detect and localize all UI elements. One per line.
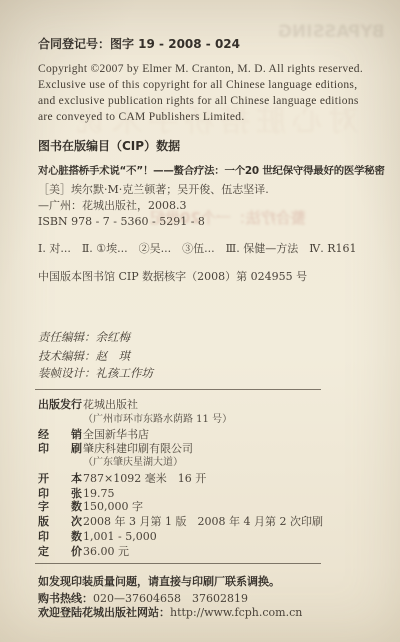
colophon-row-price: 定 价36.00 元 [38, 543, 129, 559]
cip-heading: 图书在版编目（CIP）数据 [38, 139, 180, 153]
staff-row-chief-editor: 责任编辑：余红梅 [38, 330, 130, 344]
cip-author-line: ［美］埃尔默·M·克兰顿著；吴开俊、伍志坚译. [38, 183, 269, 197]
colophon-label: 印 数 [38, 530, 83, 544]
colophon-label: 字 数 [38, 500, 83, 514]
publisher-address-note: （广州市环市东路水荫路 11 号） [83, 413, 232, 427]
copyright-line: Copyright ©2007 by Elmer M. Cranton, M. … [38, 62, 363, 76]
staff-label: 责任编辑： [38, 330, 96, 344]
colophon-label: 版 次 [38, 515, 83, 529]
colophon-label: 定 价 [38, 545, 83, 559]
colophon-label: 印 刷 [38, 442, 83, 456]
staff-label: 装帧设计： [38, 366, 96, 380]
printer-address-note: （广东肇庆星湖大道） [83, 456, 183, 470]
colophon-value: 150,000 字 [83, 500, 143, 513]
colophon-value: 787×1092 毫米 16 开 [83, 472, 206, 485]
cip-record-number-line: 中国版本图书馆 CIP 数据核字（2008）第 024955 号 [38, 270, 307, 284]
colophon-value: 肇庆科建印刷有限公司 [83, 442, 193, 455]
website-label: 欢迎登陆花城出版社网站： [38, 606, 170, 619]
contract-registration-line: 合同登记号：图字 19 - 2008 - 024 [38, 37, 240, 51]
colophon-row-printer: 印 刷肇庆科建印刷有限公司 [38, 440, 193, 456]
cip-book-title-line: 对心脏搭桥手术说“不”！——螯合疗法：一个20 世纪保守得最好的医学秘密 [38, 164, 385, 178]
colophon-row-printrun: 印 数1,001 - 5,000 [38, 528, 157, 544]
book-copyright-page: BYPASSING 对心脏搭桥手术说 螯合疗法：一个20世纪 合同登记号：图字 … [0, 0, 400, 642]
colophon-row-edition: 版 次2008 年 3 月第 1 版 2008 年 4 月第 2 次印刷 [38, 513, 323, 529]
website-url: http://www.fcph.com.cn [170, 606, 302, 619]
colophon-row-publisher: 出版发行花城出版社 [38, 396, 138, 412]
colophon-label: 开 本 [38, 472, 83, 486]
staff-label: 技术编辑： [38, 349, 96, 363]
colophon-row-wordcount: 字 数150,000 字 [38, 498, 143, 514]
colophon-row-format: 开 本787×1092 毫米 16 开 [38, 470, 206, 486]
cip-classification-line: Ⅰ. 对... Ⅱ. ①埃... ②吴... ③伍... Ⅲ. 保健—方法 Ⅳ.… [38, 242, 357, 256]
copyright-line: and exclusive publication rights for all… [38, 94, 359, 108]
staff-value: 余红梅 [96, 330, 131, 344]
colophon-label: 出版发行 [38, 398, 83, 412]
staff-value: 礼孩工作坊 [96, 366, 154, 380]
staff-value: 赵 琪 [96, 349, 131, 363]
divider-rule-top [35, 389, 321, 390]
staff-row-designer: 装帧设计：礼孩工作坊 [38, 366, 153, 380]
divider-rule-bottom [35, 563, 321, 564]
quality-notice-line: 如发现印装质量问题，请直接与印刷厂联系调换。 [38, 575, 280, 589]
website-line: 欢迎登陆花城出版社网站：http://www.fcph.com.cn [38, 604, 302, 620]
cip-publisher-line: —广州：花城出版社，2008.3 [38, 199, 187, 213]
copyright-line: are conveyed to CAM Publishers Limited. [38, 110, 245, 124]
colophon-value: 花城出版社 [83, 398, 138, 411]
colophon-value: 1,001 - 5,000 [83, 530, 157, 543]
bleedthrough-english-ghost: BYPASSING [278, 22, 385, 42]
colophon-value: 2008 年 3 月第 1 版 2008 年 4 月第 2 次印刷 [83, 515, 323, 528]
cip-isbn-line: ISBN 978 - 7 - 5360 - 5291 - 8 [38, 215, 205, 229]
copyright-line: Exclusive use of this copyright for all … [38, 78, 357, 92]
colophon-value: 36.00 元 [83, 545, 129, 558]
staff-row-technical-editor: 技术编辑：赵 琪 [38, 349, 130, 363]
